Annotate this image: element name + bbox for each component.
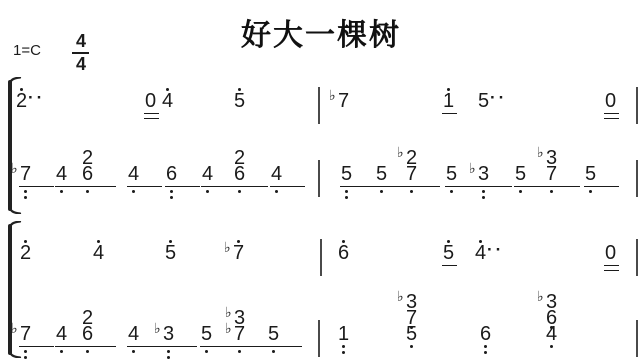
note-digit: 7♭ xyxy=(338,94,350,108)
octave-dot-below xyxy=(484,345,487,348)
flat-accidental-icon: ♭ xyxy=(397,146,404,158)
duration-underline xyxy=(604,270,619,271)
octave-dot-below xyxy=(482,196,485,199)
duration-underline xyxy=(162,346,197,347)
duration-underline xyxy=(81,346,116,347)
flat-accidental-icon: ♭ xyxy=(154,322,161,334)
octave-dot-above xyxy=(479,240,482,243)
octave-dot-below xyxy=(342,345,345,348)
note-digit: 7 xyxy=(406,167,418,181)
note-digit: 0 xyxy=(145,94,157,108)
note-digit: 5 xyxy=(165,246,177,260)
octave-dot-above xyxy=(20,88,23,91)
duration-underline xyxy=(233,186,268,187)
octave-dot-below xyxy=(238,350,241,353)
octave-dot-below xyxy=(24,356,27,359)
note-digit: 1 xyxy=(338,327,350,341)
note-digit: 5 xyxy=(478,94,490,108)
octave-dot-below xyxy=(550,190,553,193)
barline xyxy=(636,87,638,124)
octave-dot-below xyxy=(205,350,208,353)
flat-accidental-icon: ♭ xyxy=(225,322,232,334)
octave-dot-below xyxy=(342,351,345,354)
duration-underline xyxy=(127,346,162,347)
duration-underline xyxy=(445,186,480,187)
note-digit: 4 xyxy=(93,246,105,260)
note-digit: 4 xyxy=(162,94,174,108)
octave-dot-below xyxy=(519,190,522,193)
duration-underline xyxy=(514,186,549,187)
octave-dot-below xyxy=(24,350,27,353)
note-digit: 4 xyxy=(56,167,68,181)
note-digit: 7♭ xyxy=(20,327,32,341)
octave-dot-below xyxy=(60,350,63,353)
note-digit: 6 xyxy=(234,167,246,181)
note-digit: 3♭ xyxy=(478,167,490,181)
octave-dot-below xyxy=(589,190,592,193)
duration-underline xyxy=(200,346,235,347)
octave-dot-below xyxy=(167,350,170,353)
flat-accidental-icon: ♭ xyxy=(11,162,18,174)
note-digit: 4 xyxy=(475,246,487,260)
duration-underline xyxy=(267,346,302,347)
note-digit: 5 xyxy=(201,327,213,341)
duration-underline xyxy=(442,113,457,114)
flat-accidental-icon: ♭ xyxy=(11,322,18,334)
note-digit: 2 xyxy=(16,94,28,108)
duration-underline xyxy=(405,186,440,187)
octave-dot-below xyxy=(484,351,487,354)
octave-dot-below xyxy=(170,196,173,199)
note-digit: 6 xyxy=(82,327,94,341)
duration-underline xyxy=(477,186,512,187)
octave-dot-below xyxy=(132,350,135,353)
note-digit: 1 xyxy=(443,94,455,108)
score-area: 2··0457♭15··07♭426464264552♭753♭53♭75245… xyxy=(0,0,642,360)
octave-dot-below xyxy=(410,190,413,193)
octave-dot-below xyxy=(238,190,241,193)
octave-dot-below xyxy=(60,190,63,193)
octave-dot-below xyxy=(86,190,89,193)
sheet-music-page: 好大一棵树 1=C 4 4 2··0457♭15··07♭42646426455… xyxy=(0,0,642,360)
flat-accidental-icon: ♭ xyxy=(329,89,336,101)
augmentation-dots: ·· xyxy=(28,91,45,105)
octave-dot-below xyxy=(550,345,553,348)
octave-dot-below xyxy=(86,350,89,353)
note-digit: 0 xyxy=(605,94,617,108)
flat-accidental-icon: ♭ xyxy=(469,162,476,174)
duration-underline xyxy=(604,118,619,119)
duration-underline xyxy=(545,186,580,187)
barline xyxy=(636,160,638,197)
octave-dot-below xyxy=(170,190,173,193)
octave-dot-below xyxy=(272,350,275,353)
duration-underline xyxy=(19,346,54,347)
duration-underline xyxy=(144,113,159,114)
duration-underline xyxy=(127,186,162,187)
barline xyxy=(318,87,320,124)
note-digit: 5 xyxy=(585,167,597,181)
flat-accidental-icon: ♭ xyxy=(397,290,404,302)
note-digit: 6 xyxy=(82,167,94,181)
octave-dot-below xyxy=(24,190,27,193)
note-digit: 5 xyxy=(268,327,280,341)
octave-dot-below xyxy=(24,196,27,199)
duration-underline xyxy=(144,118,159,119)
flat-accidental-icon: ♭ xyxy=(537,146,544,158)
barline xyxy=(320,239,322,276)
note-digit: 5 xyxy=(446,167,458,181)
note-digit: 6 xyxy=(338,246,350,260)
note-digit: 6 xyxy=(480,327,492,341)
note-digit: 5 xyxy=(443,246,455,260)
octave-dot-below xyxy=(132,190,135,193)
octave-dot-above xyxy=(447,240,450,243)
octave-dot-above xyxy=(166,88,169,91)
octave-dot-above xyxy=(238,88,241,91)
augmentation-dots: ·· xyxy=(487,243,504,257)
note-digit: 5 xyxy=(341,167,353,181)
duration-underline xyxy=(442,265,457,266)
barline xyxy=(636,320,638,357)
octave-dot-below xyxy=(345,190,348,193)
duration-underline xyxy=(233,346,268,347)
note-digit: 5 xyxy=(234,94,246,108)
duration-underline xyxy=(604,265,619,266)
barline xyxy=(636,239,638,276)
duration-underline xyxy=(604,113,619,114)
duration-underline xyxy=(201,186,236,187)
octave-dot-above xyxy=(169,240,172,243)
octave-dot-above xyxy=(24,240,27,243)
note-digit: 4 xyxy=(56,327,68,341)
octave-dot-above xyxy=(237,240,240,243)
note-digit: 5 xyxy=(376,167,388,181)
note-digit: 7 xyxy=(546,167,558,181)
duration-underline xyxy=(270,186,305,187)
octave-dot-below xyxy=(206,190,209,193)
octave-dot-below xyxy=(450,190,453,193)
octave-dot-above xyxy=(97,240,100,243)
note-digit: 3♭ xyxy=(163,327,175,341)
barline xyxy=(318,320,320,357)
note-digit: 0 xyxy=(605,246,617,260)
flat-accidental-icon: ♭ xyxy=(537,290,544,302)
octave-dot-below xyxy=(410,345,413,348)
note-digit: 4 xyxy=(128,327,140,341)
note-digit: 6 xyxy=(166,167,178,181)
note-digit: 4 xyxy=(128,167,140,181)
octave-dot-below xyxy=(167,356,170,359)
note-digit: 2 xyxy=(20,246,32,260)
duration-underline xyxy=(340,186,375,187)
note-digit: 4 xyxy=(546,327,558,341)
note-digit: 7♭ xyxy=(20,167,32,181)
note-digit: 4 xyxy=(202,167,214,181)
note-digit: 5 xyxy=(515,167,527,181)
note-digit: 4 xyxy=(271,167,283,181)
duration-underline xyxy=(19,186,54,187)
flat-accidental-icon: ♭ xyxy=(224,241,231,253)
duration-underline xyxy=(584,186,619,187)
augmentation-dots: ·· xyxy=(490,91,507,105)
note-digit: 7♭ xyxy=(233,246,245,260)
note-digit: 5 xyxy=(406,327,418,341)
octave-dot-above xyxy=(447,88,450,91)
octave-dot-below xyxy=(380,190,383,193)
duration-underline xyxy=(81,186,116,187)
note-digit: 7♭ xyxy=(234,327,246,341)
octave-dot-above xyxy=(342,240,345,243)
flat-accidental-icon: ♭ xyxy=(225,306,232,318)
octave-dot-below xyxy=(275,190,278,193)
barline xyxy=(318,160,320,197)
octave-dot-below xyxy=(345,196,348,199)
octave-dot-below xyxy=(482,190,485,193)
duration-underline xyxy=(165,186,200,187)
